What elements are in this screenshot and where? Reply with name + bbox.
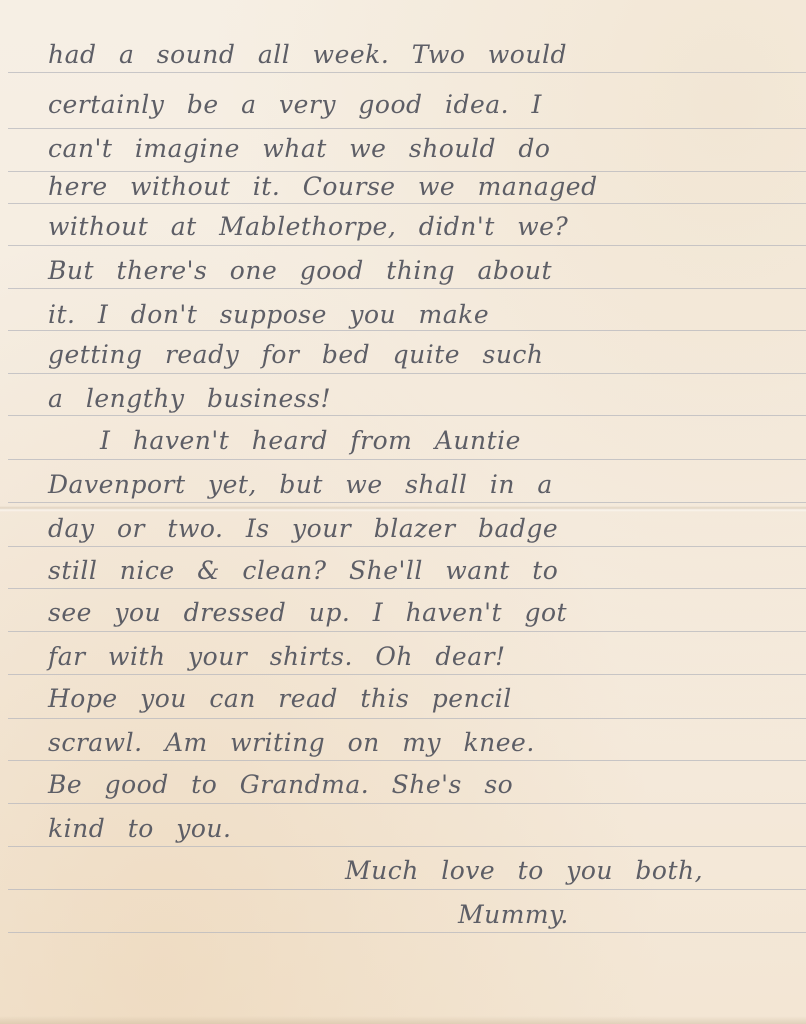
letter-line: Davenport yet, but we shall in a (48, 470, 776, 499)
ruled-line (8, 760, 806, 761)
ruled-line (8, 631, 806, 632)
letter-line: day or two. Is your blazer badge (48, 514, 776, 543)
paper-fold-crease (0, 506, 806, 512)
letter-signature: Mummy. (458, 900, 776, 929)
letter-line: I haven't heard from Auntie (100, 426, 776, 455)
letter-line: had a sound all week. Two would (48, 40, 776, 69)
letter-line: scrawl. Am writing on my knee. (48, 728, 776, 757)
letter-line: far with your shirts. Oh dear! (48, 642, 776, 671)
letter-line: kind to you. (48, 814, 776, 843)
ruled-line (8, 502, 806, 503)
ruled-line (8, 889, 806, 890)
paper-edge (0, 1016, 806, 1024)
ruled-line (8, 674, 806, 675)
ruled-line (8, 288, 806, 289)
ruled-line (8, 546, 806, 547)
letter-line: still nice & clean? She'll want to (48, 556, 776, 585)
ruled-line (8, 846, 806, 847)
letter-line: see you dressed up. I haven't got (48, 598, 776, 627)
ruled-line (8, 932, 806, 933)
letter-line: Be good to Grandma. She's so (48, 770, 776, 799)
ruled-line (8, 330, 806, 331)
ruled-line (8, 128, 806, 129)
letter-line: here without it. Course we managed (48, 172, 776, 201)
ruled-line (8, 72, 806, 73)
letter-line: can't imagine what we should do (48, 134, 776, 163)
letter-line: certainly be a very good idea. I (48, 90, 776, 119)
letter-closing: Much love to you both, (345, 856, 776, 885)
ruled-line (8, 245, 806, 246)
letter-line: a lengthy business! (48, 384, 776, 413)
ruled-line (8, 588, 806, 589)
ruled-line (8, 459, 806, 460)
ruled-line (8, 718, 806, 719)
letter-line: without at Mablethorpe, didn't we? (48, 212, 776, 241)
ruled-line (8, 803, 806, 804)
ruled-line (8, 415, 806, 416)
letter-line: getting ready for bed quite such (48, 340, 776, 369)
ruled-line (8, 203, 806, 204)
letter-line: it. I don't suppose you make (48, 300, 776, 329)
letter-line: But there's one good thing about (48, 256, 776, 285)
letter-line: Hope you can read this pencil (48, 684, 776, 713)
ruled-line (8, 373, 806, 374)
letter-page: had a sound all week. Two would certainl… (0, 0, 806, 1024)
